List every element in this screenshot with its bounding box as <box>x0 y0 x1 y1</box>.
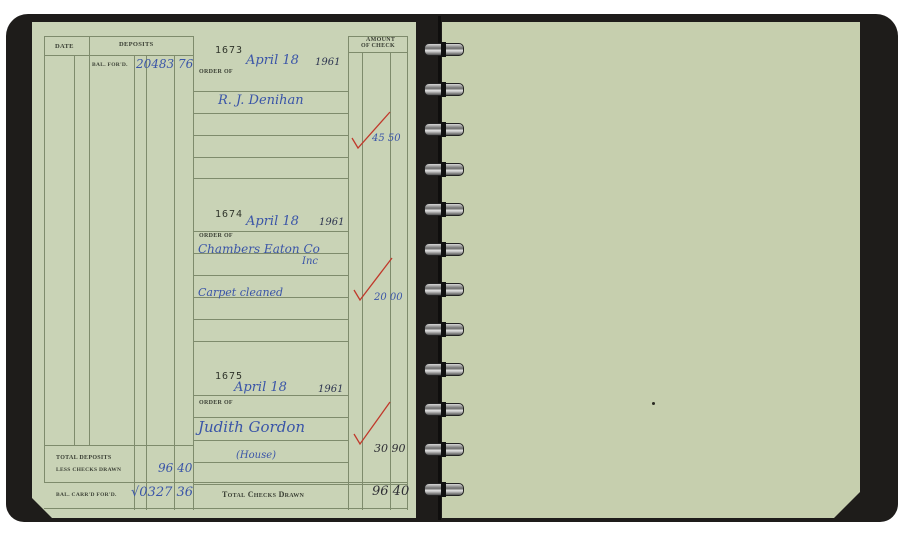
spiral-ring-icon <box>424 483 464 496</box>
deposits-column-header: DEPOSITS <box>119 41 154 48</box>
spiral-ring-icon <box>424 403 464 416</box>
total-deposits-label: TOTAL DEPOSITS <box>56 455 112 461</box>
rule <box>74 55 75 445</box>
rule <box>146 55 147 510</box>
check-payee: Judith Gordon <box>198 418 305 436</box>
check-date: April 18 <box>246 53 299 68</box>
spiral-ring-icon <box>424 363 464 376</box>
paper-speck <box>652 402 655 405</box>
rule <box>193 157 348 158</box>
check-payee: Chambers Eaton Co <box>198 242 320 256</box>
rule <box>193 113 348 114</box>
check-memo: Carpet cleaned <box>198 286 283 299</box>
check-year: 1961 <box>315 57 340 68</box>
rule <box>89 36 90 446</box>
check-number: 1673 <box>215 45 243 56</box>
less-checks-drawn-label: LESS CHECKS DRAWN <box>56 467 121 473</box>
check-number: 1674 <box>215 209 243 220</box>
rule <box>193 178 348 179</box>
spiral-ring-icon <box>424 43 464 56</box>
rule <box>193 395 348 396</box>
spiral-ring-icon <box>424 443 464 456</box>
rule <box>193 319 348 320</box>
rule <box>193 135 348 136</box>
total-checks-drawn-label: Total Checks Drawn <box>222 490 304 499</box>
rule <box>348 36 349 510</box>
spiral-ring-icon <box>424 323 464 336</box>
rule <box>44 508 408 509</box>
check-date: April 18 <box>234 380 287 395</box>
rule <box>44 36 45 482</box>
rule <box>134 55 135 510</box>
rule <box>193 36 194 510</box>
total-checks-drawn-value: 96 40 <box>372 484 409 499</box>
rule <box>44 482 408 483</box>
date-column-header: DATE <box>55 43 74 50</box>
blank-right-page <box>442 22 860 518</box>
rule <box>407 36 408 510</box>
order-of-label: ORDER OF <box>199 69 233 75</box>
balance-forward-value: 20483 76 <box>136 57 193 71</box>
order-of-label: ORDER OF <box>199 233 233 239</box>
check-amount: 45 50 <box>372 133 401 144</box>
balance-carried-forward-label: BAL. CARR'D FOR'D. <box>56 492 117 498</box>
rule <box>193 462 348 463</box>
check-amount: 30 90 <box>374 442 406 455</box>
balance-carried-forward-value: √0327 36 <box>131 485 193 500</box>
rule <box>44 445 194 446</box>
reconciled-checkmark-icon <box>352 400 392 446</box>
rule <box>193 91 348 92</box>
rule <box>348 52 408 53</box>
rule <box>193 231 348 232</box>
balance-forward-label: BAL. FOR'D. <box>92 62 128 68</box>
rule <box>44 36 194 37</box>
rule <box>44 55 194 56</box>
spiral-ring-icon <box>424 243 464 256</box>
check-memo: (House) <box>236 450 276 461</box>
spiral-ring-icon <box>424 123 464 136</box>
check-amount: 20 00 <box>374 292 403 303</box>
rule <box>193 440 348 441</box>
order-of-label: ORDER OF <box>199 400 233 406</box>
check-payee: R. J. Denihan <box>218 93 304 108</box>
spiral-ring-icon <box>424 283 464 296</box>
rule <box>193 275 348 276</box>
check-year: 1961 <box>318 384 343 395</box>
amount-of-check-header-line2: OF CHECK <box>361 43 395 49</box>
less-checks-drawn-value: 96 40 <box>158 461 192 475</box>
check-payee-line2: Inc <box>302 256 318 267</box>
check-year: 1961 <box>319 217 344 228</box>
rule <box>193 341 348 342</box>
check-date: April 18 <box>246 214 299 229</box>
spiral-ring-icon <box>424 203 464 216</box>
spiral-ring-icon <box>424 83 464 96</box>
spiral-ring-icon <box>424 163 464 176</box>
rule <box>174 55 175 510</box>
